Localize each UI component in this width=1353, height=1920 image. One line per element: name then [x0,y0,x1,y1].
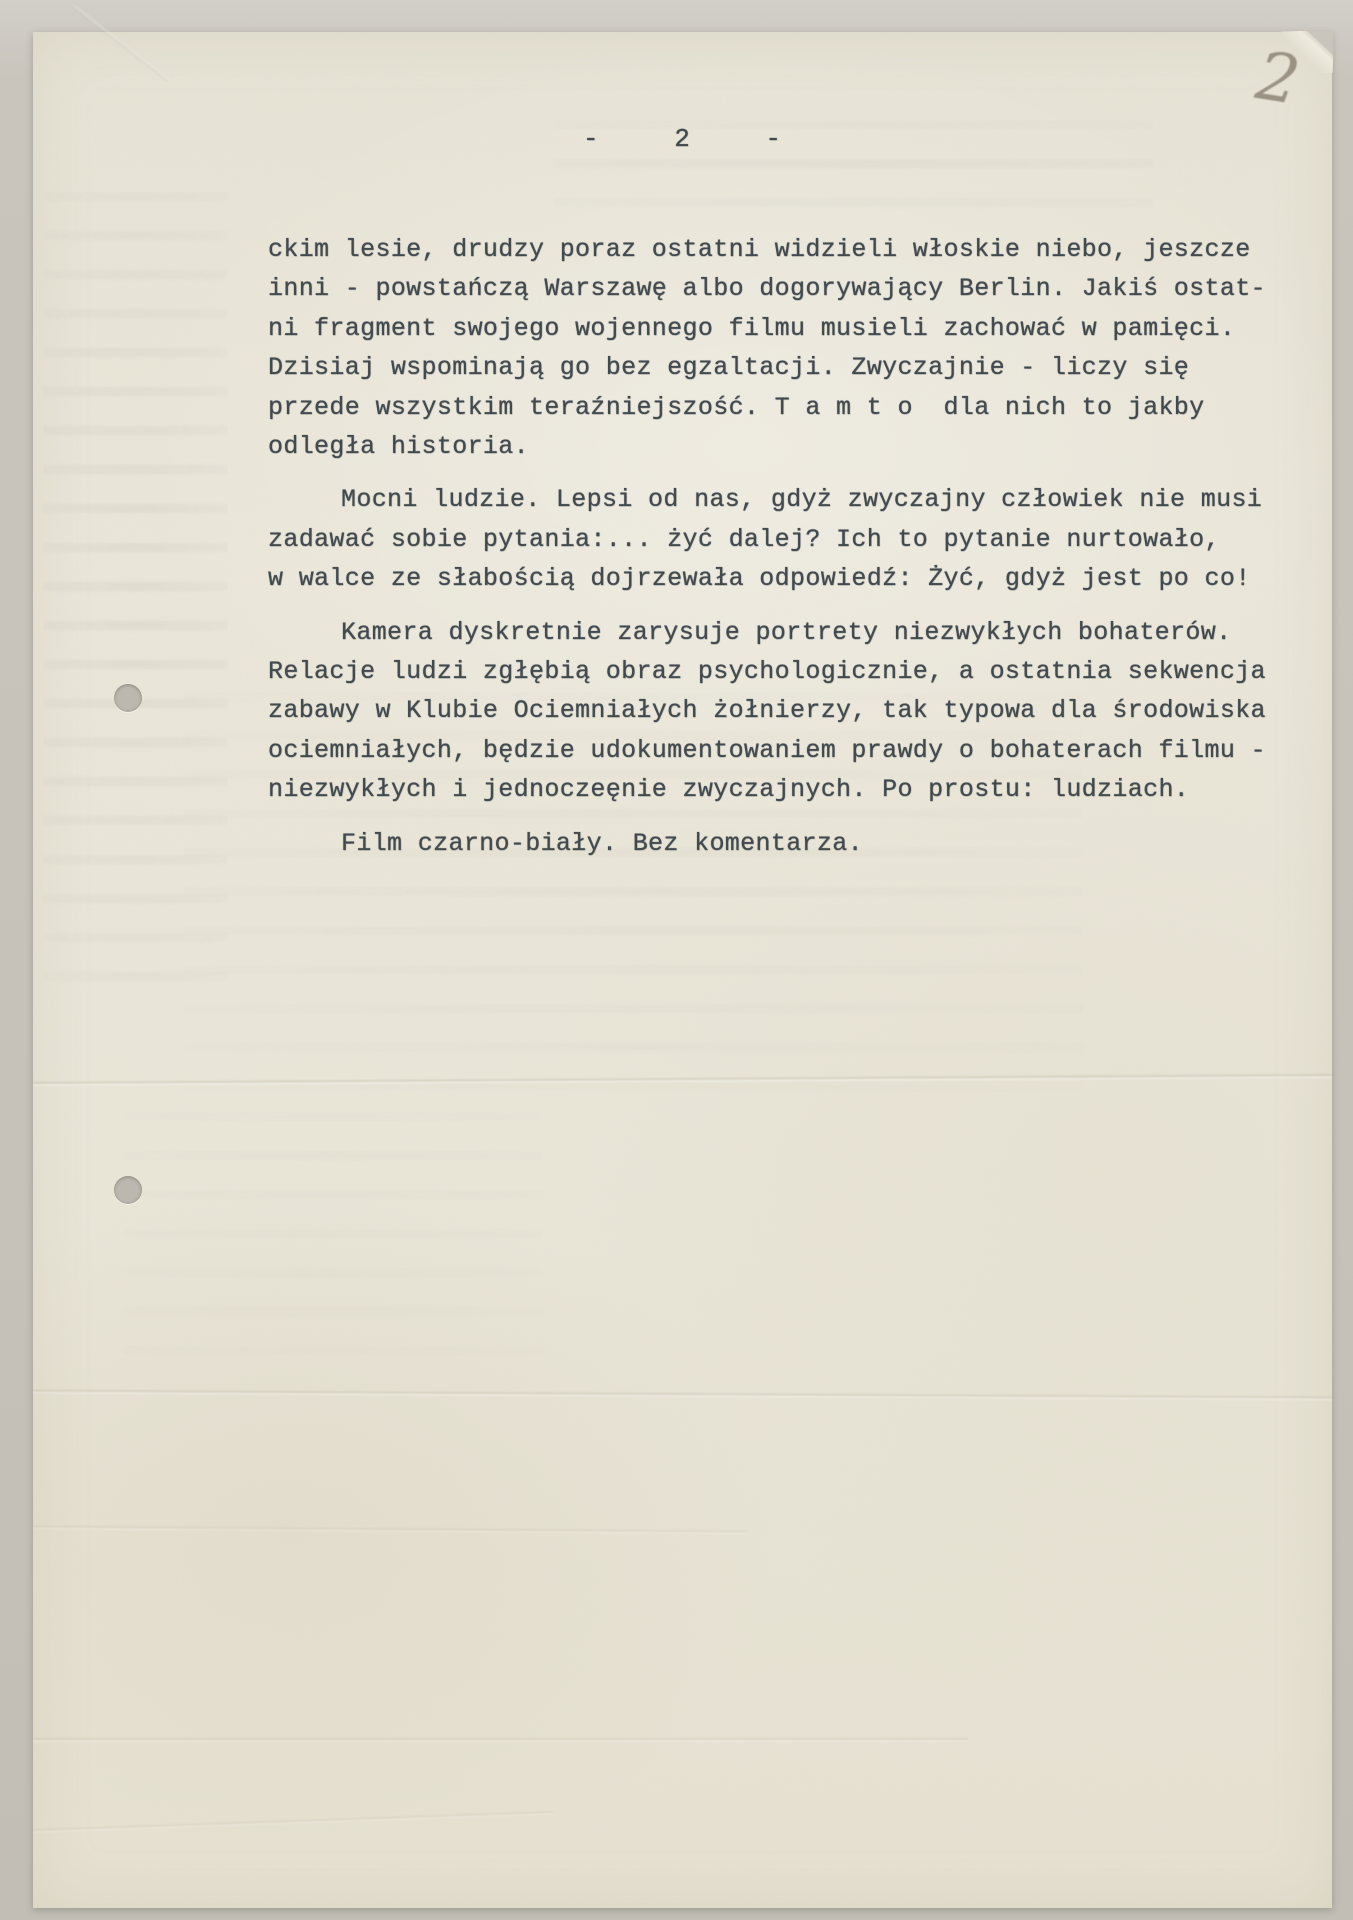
typewritten-line: inni - powstańczą Warszawę albo dogorywa… [268,269,1308,308]
typewritten-line: ociemniałych, będzie udokumentowaniem pr… [268,731,1308,770]
paragraph-4: Film czarno-biały. Bez komentarza. [268,824,1308,863]
bleed-through-texture [43,192,228,992]
document-body: ckim lesie, drudzy poraz ostatni widziel… [268,230,1308,863]
typewritten-line: Film czarno-biały. Bez komentarza. [268,824,1308,863]
handwritten-page-number: 2 [1218,32,1339,125]
typewritten-line: zadawać sobie pytania:... żyć dalej? Ich… [268,520,1308,559]
typewritten-line: ni fragment swojego wojennego filmu musi… [268,309,1308,348]
typewritten-line: Kamera dyskretnie zarysuje portrety niez… [268,613,1308,652]
typewritten-line: ckim lesie, drudzy poraz ostatni widziel… [268,230,1308,269]
typewritten-line: zabawy w Klubie Ociemniałych żołnierzy, … [268,691,1308,730]
typewritten-line: przede wszystkim teraźniejszość. T a m t… [268,388,1308,427]
document-page: 2 - 2 - ckim lesie, drudzy poraz ostatni… [33,32,1332,1908]
paper-crease [33,1074,1332,1086]
paper-crease [33,1811,552,1833]
punch-hole-bottom [114,1176,142,1204]
desk-background: 2 - 2 - ckim lesie, drudzy poraz ostatni… [0,0,1353,1920]
paragraph-3: Kamera dyskretnie zarysuje portrety niez… [268,613,1308,810]
typewritten-line: Dzisiaj wspominają go bez egzaltacji. Zw… [268,348,1308,387]
page-number-header: - 2 - [33,124,1332,154]
typewritten-line: niezwykłych i jednoczeęnie zwyczajnych. … [268,770,1308,809]
corner-crease [73,5,169,81]
paper-crease [33,1390,1332,1401]
punch-hole-top [114,684,142,712]
bleed-through-texture [123,1112,543,1372]
paragraph-2: Mocni ludzie. Lepsi od nas, gdyż zwyczaj… [268,480,1308,598]
paper-crease [33,1526,747,1535]
typewritten-line: Relacje ludzi zgłębią obraz psychologicz… [268,652,1308,691]
paper-crease [33,1738,968,1742]
typewritten-line: Mocni ludzie. Lepsi od nas, gdyż zwyczaj… [268,480,1308,519]
paragraph-1: ckim lesie, drudzy poraz ostatni widziel… [268,230,1308,466]
typewritten-line: w walce ze słabością dojrzewała odpowied… [268,559,1308,598]
typewritten-line: odległa historia. [268,427,1308,466]
